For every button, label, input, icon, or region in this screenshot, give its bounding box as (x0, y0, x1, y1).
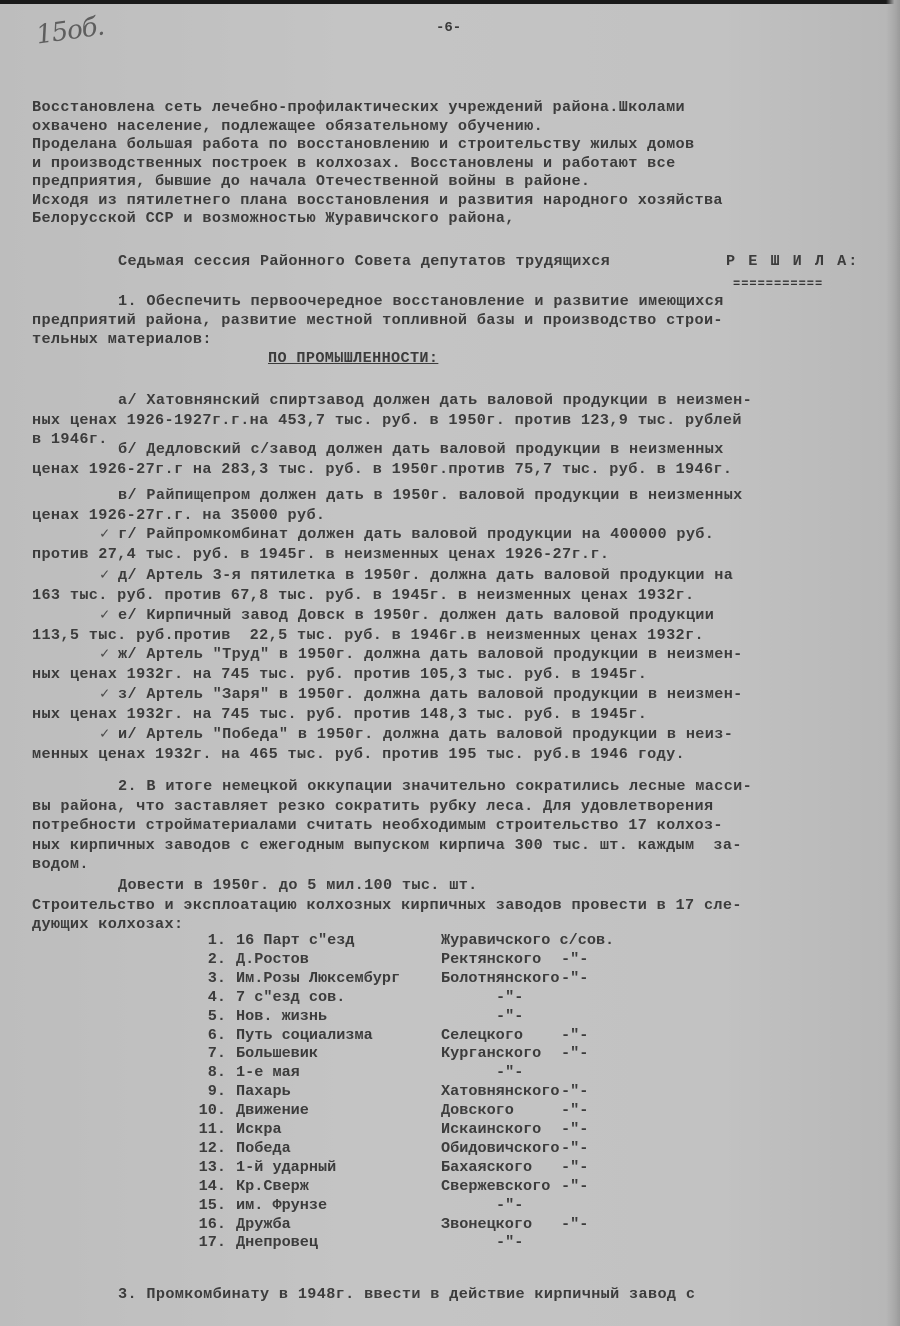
kolkhoz-name: Дружба (236, 1215, 291, 1233)
village-council: Курганского (441, 1044, 541, 1062)
kolkhoz-name: им. Фрунзе (236, 1196, 327, 1214)
village-council: Болотнянского (441, 969, 559, 987)
ditto-mark: -"- (561, 1082, 588, 1100)
industry-item-line: г/ Райпромкомбинат должен дать валовой п… (118, 525, 714, 543)
kolkhoz-number: 17. (196, 1233, 226, 1251)
village-council: Обидовичского (441, 1139, 559, 1157)
kolkhoz-name: 1-е мая (236, 1063, 300, 1081)
kolkhoz-row: 13.1-й ударныйБахаяского-"- (196, 1158, 656, 1176)
industry-item-line: против 27,4 тыс. руб. в 1945г. в неизмен… (32, 545, 609, 563)
industry-item-line: ных ценах 1926-1927г.г.на 453,7 тыс. руб… (32, 411, 742, 429)
kolkhoz-number: 7. (196, 1044, 226, 1062)
kolkhoz-row: 8.1-е мая-"- (196, 1063, 656, 1081)
kolkhoz-number: 16. (196, 1215, 226, 1233)
kolkhoz-row: 3.Им.Розы ЛюксембургБолотнянского-"- (196, 969, 656, 987)
industry-item-line: 163 тыс. руб. против 67,8 тыс. руб. в 19… (32, 586, 694, 604)
kolkhoz-number: 4. (196, 988, 226, 1006)
section-1-line: тельных материалов: (32, 330, 212, 348)
village-council: Хатовнянского (441, 1082, 559, 1100)
kolkhoz-number: 6. (196, 1026, 226, 1044)
kolkhoz-name: Большевик (236, 1044, 318, 1062)
industry-item-line: 113,5 тыс. руб.против 22,5 тыс. руб. в 1… (32, 626, 704, 644)
intro-line: охвачено население, подлежащее обязатель… (32, 117, 543, 135)
kolkhoz-number: 5. (196, 1007, 226, 1025)
check-mark-icon: ✓ (100, 685, 110, 703)
intro-line: и производственных построек в колхозах. … (32, 154, 676, 172)
industry-item-line: менных ценах 1932г. на 465 тыс. руб. про… (32, 745, 685, 763)
check-mark-icon: ✓ (100, 645, 110, 663)
check-mark-icon: ✓ (100, 606, 110, 624)
kolkhoz-number: 1. (196, 931, 226, 949)
kolkhoz-row: 2.Д.РостовРектянского-"- (196, 950, 656, 968)
kolkhoz-name: Победа (236, 1139, 291, 1157)
kolkhoz-number: 8. (196, 1063, 226, 1081)
industry-item-line: ных ценах 1932г. на 745 тыс. руб. против… (32, 705, 647, 723)
ditto-mark: -"- (561, 1139, 588, 1157)
section-2-line: водом. (32, 855, 89, 873)
kolkhoz-name: 1-й ударный (236, 1158, 336, 1176)
kolkhoz-number: 11. (196, 1120, 226, 1138)
industry-item-line: б/ Дедловский с/завод должен дать валово… (118, 440, 724, 458)
section-1-line: 1. Обеспечить первоочередное восстановле… (118, 292, 724, 310)
kolkhoz-number: 14. (196, 1177, 226, 1195)
kolkhoz-row: 16.ДружбаЗвонецкого-"- (196, 1215, 656, 1233)
ditto-mark: -"- (561, 1215, 588, 1233)
kolkhoz-name: Искра (236, 1120, 282, 1138)
kolkhoz-number: 3. (196, 969, 226, 987)
kolkhoz-row: 6.Путь социализмаСелецкого-"- (196, 1026, 656, 1044)
check-mark-icon: ✓ (100, 525, 110, 543)
kolkhoz-name: Д.Ростов (236, 950, 309, 968)
paper-right-edge (886, 0, 900, 1326)
kolkhoz-row: 12.ПобедаОбидовичского-"- (196, 1139, 656, 1157)
ditto-mark: -"- (496, 1063, 523, 1081)
industry-item-line: в 1946г. (32, 430, 108, 448)
industry-item-line: в/ Райпищепром должен дать в 1950г. вало… (118, 486, 743, 504)
industry-item-line: д/ Артель 3-я пятилетка в 1950г. должна … (118, 566, 733, 584)
village-council: Довского (441, 1101, 514, 1119)
village-council: Свержевского (441, 1177, 550, 1195)
construction-line: Строительство и эксплоатацию колхозных к… (32, 896, 742, 914)
ditto-mark: -"- (496, 988, 523, 1006)
kolkhoz-number: 10. (196, 1101, 226, 1119)
scan-top-border (0, 0, 900, 4)
ditto-mark: -"- (561, 1026, 588, 1044)
section-1-line: предприятий района, развитие местной топ… (32, 311, 723, 329)
village-council: Селецкого (441, 1026, 523, 1044)
industry-item-line: и/ Артель "Победа" в 1950г. должна дать … (118, 725, 733, 743)
kolkhoz-name: 16 Парт с"езд (236, 931, 354, 949)
resolution-word: Р Е Ш И Л А: (726, 252, 859, 270)
industry-heading: ПО ПРОМЫШЛЕННОСТИ: (268, 349, 438, 367)
kolkhoz-name: Движение (236, 1101, 309, 1119)
kolkhoz-row: 7.БольшевикКурганского-"- (196, 1044, 656, 1062)
intro-line: Белорусской ССР и возможностью Журавичск… (32, 209, 515, 227)
ditto-mark: -"- (561, 1177, 588, 1195)
ditto-mark: -"- (561, 1044, 588, 1062)
kolkhoz-row: 4.7 с"езд сов.-"- (196, 988, 656, 1006)
document-page: 15об. -6- Восстановлена сеть лечебно-про… (0, 0, 900, 1326)
kolkhoz-number: 9. (196, 1082, 226, 1100)
ditto-mark: -"- (561, 1120, 588, 1138)
industry-item-line: ценах 1926-27г.г на 283,3 тыс. руб. в 19… (32, 460, 732, 478)
intro-line: предприятия, бывшие до начала Отечествен… (32, 172, 590, 190)
intro-line: Исходя из пятилетнего плана восстановлен… (32, 191, 723, 209)
check-mark-icon: ✓ (100, 725, 110, 743)
kolkhoz-row: 11.ИскраИскаинского-"- (196, 1120, 656, 1138)
kolkhoz-name: 7 с"езд сов. (236, 988, 345, 1006)
kolkhoz-name: Им.Розы Люксембург (236, 969, 400, 987)
construction-line: дующих колхозах: (32, 915, 183, 933)
kolkhoz-row: 9.ПахарьХатовнянского-"- (196, 1082, 656, 1100)
kolkhoz-name: Кр.Сверж (236, 1177, 309, 1195)
page-number: -6- (436, 20, 461, 36)
bring-line: Довести в 1950г. до 5 мил.100 тыс. шт. (118, 876, 478, 894)
kolkhoz-number: 12. (196, 1139, 226, 1157)
ditto-mark: -"- (496, 1007, 523, 1025)
section-2-line: ных кирпичных заводов с ежегодным выпуск… (32, 836, 742, 854)
kolkhoz-row: 1.16 Парт с"ездЖуравичского с/сов. (196, 931, 656, 949)
kolkhoz-row: 14.Кр.СвержСвержевского-"- (196, 1177, 656, 1195)
village-council: Ректянского (441, 950, 541, 968)
industry-item-line: з/ Артель "Заря" в 1950г. должна дать ва… (118, 685, 743, 703)
kolkhoz-number: 2. (196, 950, 226, 968)
resolution-line: Седьмая сессия Районного Совета депутато… (118, 252, 610, 270)
village-council: Журавичского с/сов. (441, 931, 614, 949)
ditto-mark: -"- (561, 950, 588, 968)
industry-item-line: ценах 1926-27г.г. на 35000 руб. (32, 506, 325, 524)
industry-item-line: ных ценах 1932г. на 745 тыс. руб. против… (32, 665, 647, 683)
kolkhoz-name: Пахарь (236, 1082, 291, 1100)
kolkhoz-number: 15. (196, 1196, 226, 1214)
section-3-line: 3. Промкомбинату в 1948г. ввести в дейст… (118, 1285, 695, 1303)
intro-line: Восстановлена сеть лечебно-профилактичес… (32, 98, 685, 116)
kolkhoz-name: Путь социализма (236, 1026, 373, 1044)
village-council: Бахаяского (441, 1158, 532, 1176)
industry-item-line: е/ Кирпичный завод Довск в 1950г. должен… (118, 606, 714, 624)
village-council: Искаинского (441, 1120, 541, 1138)
kolkhoz-row: 5.Нов. жизнь-"- (196, 1007, 656, 1025)
ditto-mark: -"- (496, 1196, 523, 1214)
kolkhoz-name: Нов. жизнь (236, 1007, 327, 1025)
kolkhoz-name: Днепровец (236, 1233, 318, 1251)
ditto-mark: -"- (496, 1233, 523, 1251)
ditto-mark: -"- (561, 969, 588, 987)
ditto-mark: -"- (561, 1101, 588, 1119)
section-2-line: 2. В итоге немецкой оккупации значительн… (118, 777, 752, 795)
kolkhoz-row: 15.им. Фрунзе-"- (196, 1196, 656, 1214)
kolkhoz-row: 10.ДвижениеДовского-"- (196, 1101, 656, 1119)
ditto-mark: -"- (561, 1158, 588, 1176)
industry-item-line: ж/ Артель "Труд" в 1950г. должна дать ва… (118, 645, 743, 663)
village-council: Звонецкого (441, 1215, 532, 1233)
archive-folio-mark: 15об. (34, 11, 105, 50)
section-2-line: потребности стройматериалами считать нео… (32, 816, 723, 834)
kolkhoz-row: 17.Днепровец-"- (196, 1233, 656, 1251)
check-mark-icon: ✓ (100, 566, 110, 584)
intro-line: Проделана большая работа по восстановлен… (32, 135, 694, 153)
resolution-underline: =========== (733, 277, 823, 291)
kolkhoz-number: 13. (196, 1158, 226, 1176)
industry-item-line: а/ Хатовнянский спиртзавод должен дать в… (118, 391, 752, 409)
section-2-line: вы района, что заставляет резко сократит… (32, 797, 713, 815)
